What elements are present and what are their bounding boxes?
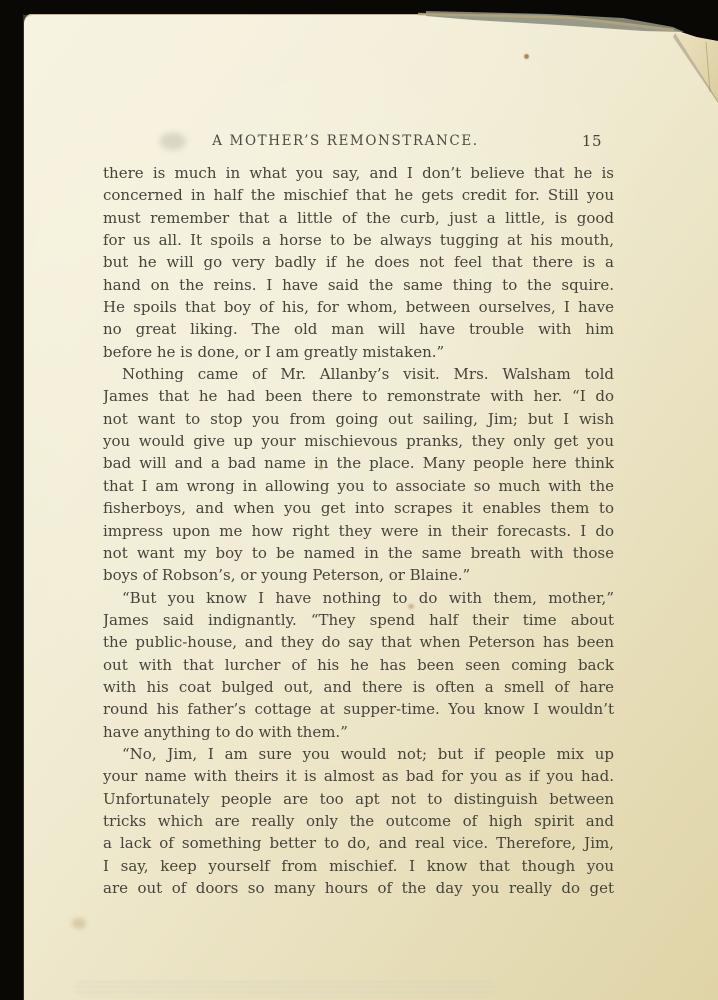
text-line: boys of Robson’s, or young Peterson, or … (103, 564, 614, 586)
text-line: concerned in half the mischief that he g… (103, 184, 614, 206)
text-line: have anything to do with them.” (103, 721, 614, 743)
text-line: no great liking. The old man will have t… (103, 318, 614, 340)
text-line: round his father’s cottage at supper-tim… (103, 698, 614, 720)
page-number: 15 (582, 130, 602, 152)
text-line: “No, Jim, I am sure you would not; but i… (103, 743, 614, 765)
text-line: there is much in what you say, and I don… (103, 162, 614, 184)
text-line: a lack of something better to do, and re… (103, 832, 614, 854)
text-line: hand on the reins. I have said the same … (103, 274, 614, 296)
text-line: impress upon me how right they were in t… (103, 520, 614, 542)
text-line: you would give up your mischievous prank… (103, 430, 614, 452)
text-line: bad will and a bad name in the place. Ma… (103, 452, 614, 474)
text-line: that I am wrong in allowing you to assoc… (103, 475, 614, 497)
text-line: before he is done, or I am greatly mista… (103, 341, 614, 363)
text-line: your name with theirs it is almost as ba… (103, 765, 614, 787)
text-line: I say, keep yourself from mischief. I kn… (103, 855, 614, 877)
text-line: James that he had been there to remonstr… (103, 385, 614, 407)
text-line: He spoils that boy of his, for whom, bet… (103, 296, 614, 318)
text-line: tricks which are really only the outcome… (103, 810, 614, 832)
text-line: Unfortunately people are too apt not to … (103, 788, 614, 810)
text-line: James said indignantly. “They spend half… (103, 609, 614, 631)
text-line: must remember that a little of the curb,… (103, 207, 614, 229)
scanned-book-photo: A MOTHER’S REMONSTRANCE. 15 there is muc… (0, 0, 718, 1000)
text-line: Nothing came of Mr. Allanby’s visit. Mrs… (103, 363, 614, 385)
text-line: “But you know I have nothing to do with … (103, 587, 614, 609)
running-header: A MOTHER’S REMONSTRANCE. 15 (103, 130, 614, 152)
text-line: out with that lurcher of his he has been… (103, 654, 614, 676)
text-line: are out of doors so many hours of the da… (103, 877, 614, 899)
text-line: with his coat bulged out, and there is o… (103, 676, 614, 698)
running-header-title: A MOTHER’S REMONSTRANCE. (212, 133, 478, 149)
torn-corner-graphic (418, 0, 718, 120)
text-line: for us all. It spoils a horse to be alwa… (103, 229, 614, 251)
body-text: there is much in what you say, and I don… (103, 162, 614, 899)
page-fore-edge (0, 10, 24, 1000)
text-line: but he will go very badly if he does not… (103, 251, 614, 273)
text-line: not want my boy to be named in the same … (103, 542, 614, 564)
text-line: not want to stop you from going out sail… (103, 408, 614, 430)
text-line: the public-house, and they do say that w… (103, 631, 614, 653)
text-line: fisherboys, and when you get into scrape… (103, 497, 614, 519)
